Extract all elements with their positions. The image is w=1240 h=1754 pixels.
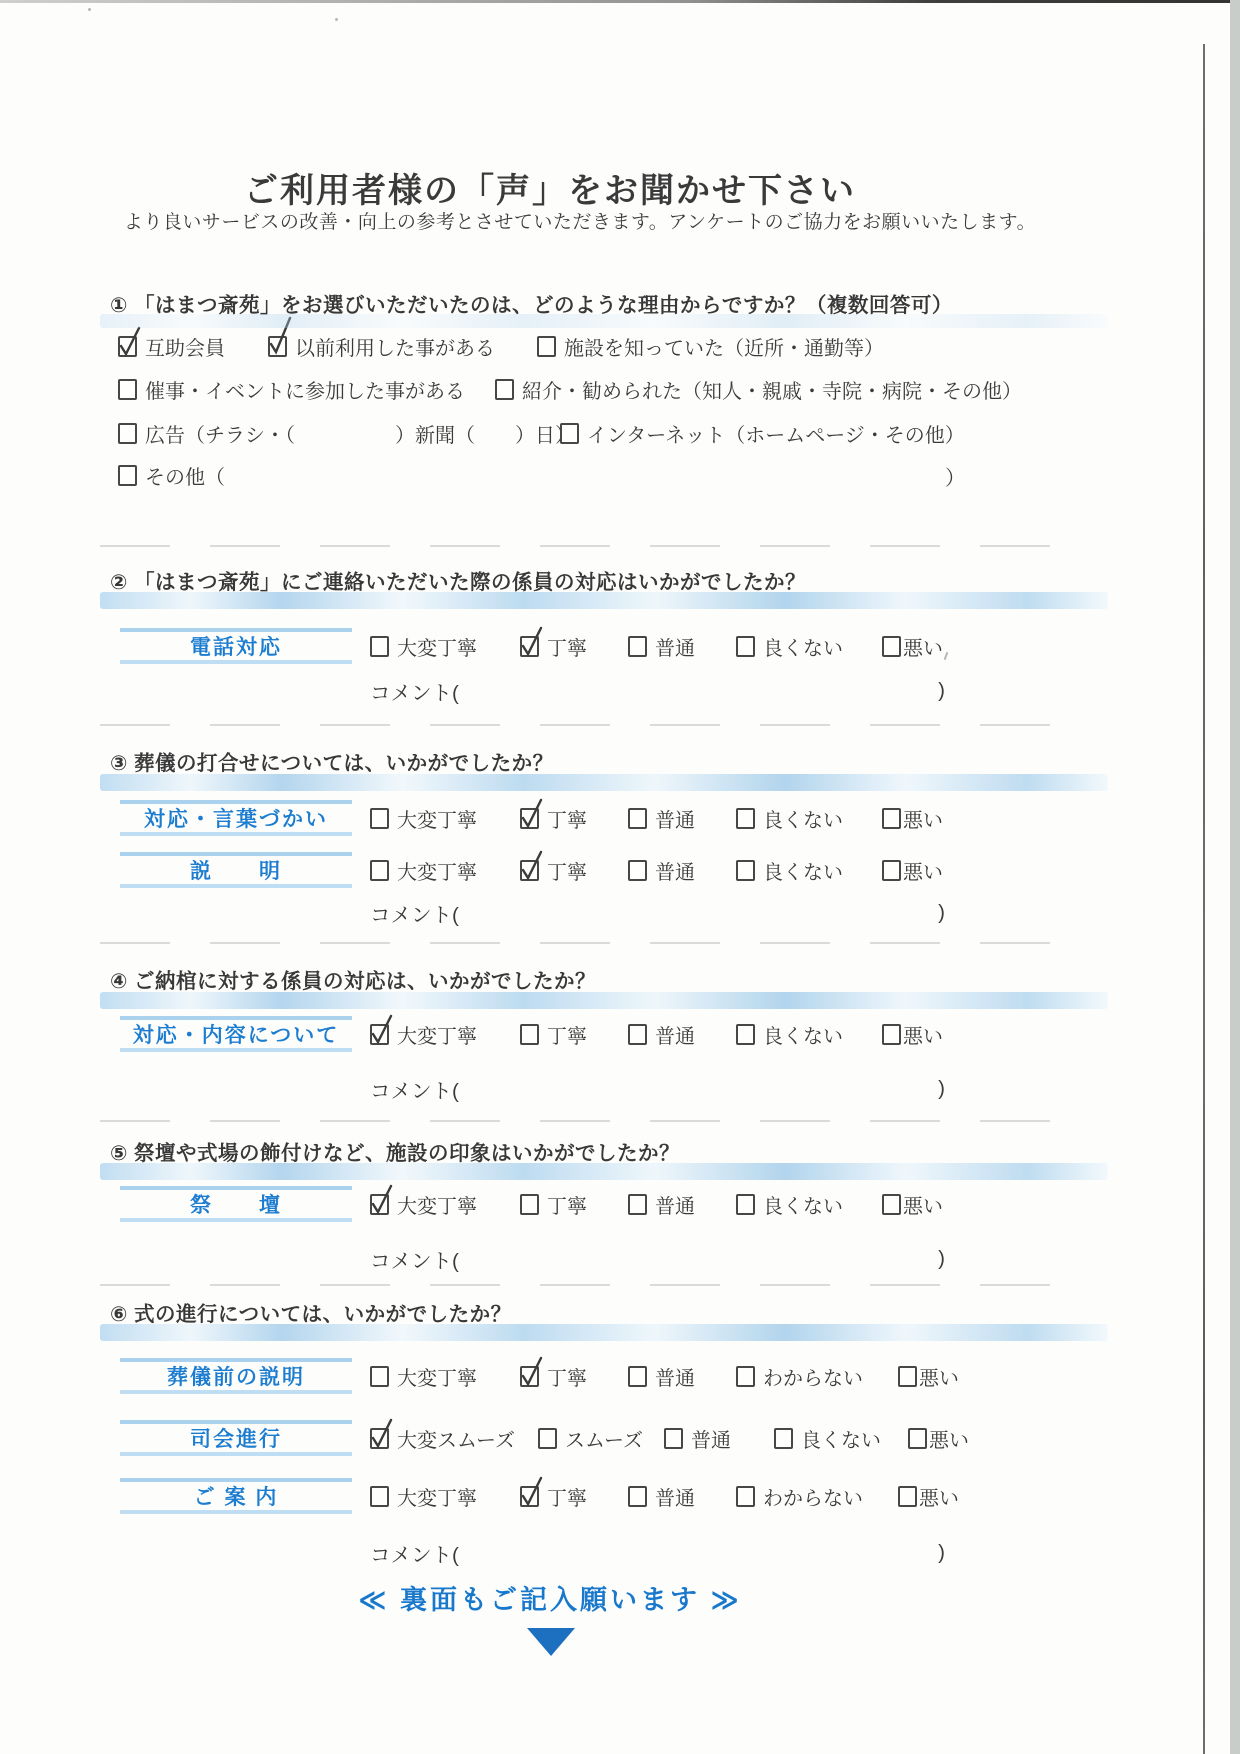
choice-option-label: 催事・イベントに参加した事がある bbox=[145, 375, 465, 404]
rating-option: 大変丁寧 bbox=[370, 1362, 520, 1391]
rating-options: 大変丁寧丁寧普通良くない悪い bbox=[370, 628, 943, 664]
rating-option-label: 悪い bbox=[903, 856, 943, 885]
comment-label: コメント( bbox=[370, 676, 459, 706]
page-title: ご利用者様の「声」をお聞かせ下さい bbox=[100, 163, 1000, 212]
rating-option-label: 大変丁寧 bbox=[397, 632, 477, 661]
rating-option-label: 丁寧 bbox=[547, 1482, 587, 1511]
rating-option-label: 大変丁寧 bbox=[397, 1482, 477, 1511]
rating-options: 大変丁寧丁寧普通良くない悪い bbox=[370, 1016, 943, 1052]
rating-option-label: 大変丁寧 bbox=[397, 804, 477, 833]
rating-option-label: 普通 bbox=[655, 856, 695, 885]
choice-option-label: その他（ bbox=[145, 461, 225, 490]
rating-option-label: 普通 bbox=[655, 632, 695, 661]
comment-label: コメント( bbox=[370, 1074, 459, 1104]
rating-option-label: 大変丁寧 bbox=[397, 1362, 477, 1391]
rating-option-label: 丁寧 bbox=[547, 1362, 587, 1391]
footer-note: ≪ 裏面もご記入願います ≫ bbox=[100, 1578, 1000, 1617]
rating-option: 悪い bbox=[882, 1020, 943, 1049]
option-checkbox[interactable] bbox=[736, 808, 755, 829]
option-checkbox[interactable] bbox=[628, 1194, 647, 1215]
rating-option: 大変丁寧 bbox=[370, 856, 520, 885]
rating-row: 祭 壇大変丁寧丁寧普通良くない悪い bbox=[100, 1186, 1110, 1222]
rating-option: 良くない bbox=[774, 1424, 908, 1453]
rating-option-label: 良くない bbox=[763, 856, 843, 885]
section-separator bbox=[100, 545, 1090, 547]
option-checkbox[interactable] bbox=[538, 1428, 557, 1449]
section-question: ② 「はまつ斎苑」にご連絡いただいた際の係員の対応はいかがでしたか？ bbox=[110, 565, 806, 595]
choice-option: インターネット（ホームページ・その他） bbox=[560, 417, 965, 449]
comment-blank[interactable] bbox=[459, 900, 938, 926]
rating-row-label: 対応・言葉づかい bbox=[120, 800, 352, 836]
rating-options: 大変丁寧丁寧普通わからない悪い bbox=[370, 1478, 959, 1514]
option-checkbox[interactable] bbox=[898, 1486, 917, 1507]
comment-blank[interactable] bbox=[459, 678, 938, 704]
rating-option-label: 良くない bbox=[763, 804, 843, 833]
highlight-band bbox=[100, 774, 1108, 791]
option-checkbox[interactable] bbox=[520, 860, 539, 881]
rating-row: 説 明大変丁寧丁寧普通良くない悪い bbox=[100, 852, 1110, 888]
rating-option-label: 大変丁寧 bbox=[397, 1190, 477, 1219]
option-checkbox[interactable] bbox=[118, 465, 137, 486]
option-checkbox[interactable] bbox=[628, 1366, 647, 1387]
check-mark-icon bbox=[519, 1352, 545, 1392]
rating-option: 良くない bbox=[736, 1020, 882, 1049]
rating-option-label: 大変丁寧 bbox=[397, 1020, 477, 1049]
rating-row-label: 祭 壇 bbox=[120, 1186, 352, 1222]
choice-option-label: 施設を知っていた（近所・通勤等） bbox=[564, 332, 884, 361]
comment-blank[interactable] bbox=[459, 1076, 938, 1102]
option-checkbox[interactable] bbox=[520, 1194, 539, 1215]
rating-option: 悪い bbox=[882, 856, 943, 885]
rating-option-label: 悪い bbox=[903, 804, 943, 833]
rating-option-label: 普通 bbox=[655, 1020, 695, 1049]
section-separator bbox=[100, 724, 1090, 726]
comment-blank[interactable] bbox=[459, 1246, 938, 1272]
rating-option: 丁寧 bbox=[520, 632, 628, 661]
check-mark-icon bbox=[369, 1010, 395, 1050]
option-checkbox[interactable] bbox=[736, 860, 755, 881]
choice-option: 互助会員 bbox=[118, 330, 225, 362]
choice-option: 以前利用した事がある bbox=[268, 330, 495, 362]
rating-row-label: 説 明 bbox=[120, 852, 352, 888]
rating-option: 良くない bbox=[736, 632, 882, 661]
rating-row: 対応・言葉づかい大変丁寧丁寧普通良くない悪い bbox=[100, 800, 1110, 836]
comment-close-paren: ) bbox=[938, 679, 945, 703]
rating-option-label: 丁寧 bbox=[547, 1020, 587, 1049]
comment-blank[interactable] bbox=[459, 1540, 938, 1566]
section-question: ④ ご納棺に対する係員の対応は、いかがでしたか？ bbox=[110, 964, 596, 994]
option-checkbox[interactable] bbox=[628, 860, 647, 881]
rating-options: 大変丁寧丁寧普通良くない悪い bbox=[370, 800, 943, 836]
comment-line: コメント() bbox=[370, 1074, 945, 1104]
comment-label: コメント( bbox=[370, 898, 459, 928]
survey-page: ご利用者様の「声」をお聞かせ下さい より良いサービスの改善・向上の参考とさせてい… bbox=[100, 0, 1110, 1754]
rating-option: 丁寧 bbox=[520, 1190, 628, 1219]
option-checkbox[interactable] bbox=[736, 1024, 755, 1045]
rating-row-label: 電話対応 bbox=[120, 628, 352, 664]
rating-option: 大変丁寧 bbox=[370, 1020, 520, 1049]
comment-line: コメント() bbox=[370, 898, 945, 928]
choice-option-label: インターネット（ホームページ・その他） bbox=[587, 419, 965, 448]
scan-speck bbox=[88, 8, 91, 11]
section-separator bbox=[100, 942, 1090, 944]
option-checkbox[interactable] bbox=[898, 1366, 917, 1387]
option-checkbox[interactable] bbox=[736, 1194, 755, 1215]
option-checkbox[interactable] bbox=[520, 1024, 539, 1045]
check-mark-icon bbox=[519, 846, 545, 886]
comment-line: コメント() bbox=[370, 1538, 945, 1568]
rating-option: 悪い bbox=[882, 1190, 943, 1219]
option-checkbox[interactable] bbox=[370, 1428, 389, 1449]
rating-row-label: 葬儀前の説明 bbox=[120, 1358, 352, 1394]
section-separator bbox=[100, 1120, 1090, 1122]
rating-option: 普通 bbox=[628, 856, 736, 885]
scan-edge-band bbox=[1230, 0, 1240, 1754]
check-mark-icon bbox=[519, 794, 545, 834]
rating-row: 葬儀前の説明大変丁寧丁寧普通わからない悪い bbox=[100, 1358, 1110, 1394]
rating-row: 対応・内容について大変丁寧丁寧普通良くない悪い bbox=[100, 1016, 1110, 1052]
comment-label: コメント( bbox=[370, 1244, 459, 1274]
option-checkbox[interactable] bbox=[736, 636, 755, 657]
rating-option: 悪い bbox=[898, 1362, 959, 1391]
choice-option-label: 広告（チラシ・（ ）新聞（ ）日） bbox=[145, 419, 575, 448]
rating-option-label: 悪い bbox=[903, 1020, 943, 1049]
highlight-band bbox=[100, 992, 1108, 1009]
comment-close-paren: ) bbox=[938, 1247, 945, 1271]
option-checkbox[interactable] bbox=[882, 1194, 901, 1215]
rating-option: 丁寧 bbox=[520, 804, 628, 833]
rating-option: 普通 bbox=[628, 632, 736, 661]
choice-option-label: 紹介・勧められた（知人・親戚・寺院・病院・その他） bbox=[522, 375, 1022, 404]
rating-row: 司会進行大変スムーズスムーズ普通良くない悪い bbox=[100, 1420, 1110, 1456]
option-checkbox[interactable] bbox=[628, 1024, 647, 1045]
rating-row-label: 司会進行 bbox=[120, 1420, 352, 1456]
comment-close-paren: ) bbox=[938, 1077, 945, 1101]
rating-option: わからない bbox=[736, 1362, 898, 1391]
choice-option-label: 以前利用した事がある bbox=[295, 332, 495, 361]
rating-option-label: わからない bbox=[763, 1482, 863, 1511]
rating-option: スムーズ bbox=[538, 1424, 664, 1453]
rating-option: 大変丁寧 bbox=[370, 1482, 520, 1511]
check-mark-icon bbox=[369, 1414, 395, 1454]
rating-option-label: 普通 bbox=[655, 1362, 695, 1391]
option-checkbox[interactable] bbox=[560, 423, 579, 444]
section-separator bbox=[100, 1284, 1090, 1286]
rating-option: 大変スムーズ bbox=[370, 1424, 538, 1453]
rating-option-label: 悪い bbox=[903, 632, 943, 661]
option-checkbox[interactable] bbox=[268, 336, 287, 357]
rating-row: 電話対応大変丁寧丁寧普通良くない悪い bbox=[100, 628, 1110, 664]
rating-options: 大変丁寧丁寧普通良くない悪い bbox=[370, 1186, 943, 1222]
rating-row-label: 対応・内容について bbox=[120, 1016, 352, 1052]
option-checkbox[interactable] bbox=[370, 636, 389, 657]
option-checkbox[interactable] bbox=[118, 336, 137, 357]
option-checkbox[interactable] bbox=[520, 1366, 539, 1387]
choice-option: 催事・イベントに参加した事がある bbox=[118, 373, 465, 405]
rating-option: 良くない bbox=[736, 1190, 882, 1219]
rating-option-label: 丁寧 bbox=[547, 856, 587, 885]
rating-options: 大変丁寧丁寧普通わからない悪い bbox=[370, 1358, 959, 1394]
section-question: ⑥ 式の進行については、いかがでしたか？ bbox=[110, 1297, 512, 1327]
down-arrow-icon bbox=[527, 1628, 575, 1656]
rating-row: ご 案 内大変丁寧丁寧普通わからない悪い bbox=[100, 1478, 1110, 1514]
choice-option: その他（ bbox=[118, 459, 225, 491]
rating-options: 大変スムーズスムーズ普通良くない悪い bbox=[370, 1420, 969, 1456]
option-checkbox[interactable] bbox=[882, 860, 901, 881]
section-question: ③ 葬儀の打合せについては、いかがでしたか？ bbox=[110, 746, 554, 776]
check-mark-icon bbox=[519, 622, 545, 662]
rating-option: 悪い bbox=[908, 1424, 969, 1453]
option-checkbox[interactable] bbox=[628, 1486, 647, 1507]
rating-option-label: 普通 bbox=[655, 1190, 695, 1219]
option-checkbox[interactable] bbox=[882, 808, 901, 829]
option-checkbox[interactable] bbox=[370, 860, 389, 881]
choice-option: 紹介・勧められた（知人・親戚・寺院・病院・その他） bbox=[495, 373, 1022, 405]
rating-option: 普通 bbox=[628, 1190, 736, 1219]
rating-option: 大変丁寧 bbox=[370, 632, 520, 661]
comment-close-paren: ) bbox=[938, 1541, 945, 1565]
option-checkbox[interactable] bbox=[736, 1366, 755, 1387]
rating-option: 良くない bbox=[736, 804, 882, 833]
rating-option-label: 悪い bbox=[919, 1482, 959, 1511]
rating-option-label: 良くない bbox=[763, 1190, 843, 1219]
rating-option-label: スムーズ bbox=[565, 1424, 643, 1453]
option-checkbox[interactable] bbox=[370, 1024, 389, 1045]
rating-option-label: 良くない bbox=[801, 1424, 881, 1453]
rating-option-label: 大変丁寧 bbox=[397, 856, 477, 885]
comment-label: コメント( bbox=[370, 1538, 459, 1568]
rating-option: わからない bbox=[736, 1482, 898, 1511]
rating-option: 悪い bbox=[882, 632, 943, 661]
rating-option: 丁寧 bbox=[520, 1020, 628, 1049]
option-checkbox[interactable] bbox=[495, 379, 514, 400]
option-checkbox[interactable] bbox=[370, 1486, 389, 1507]
rating-option-label: 良くない bbox=[763, 1020, 843, 1049]
check-mark-icon bbox=[369, 1180, 395, 1220]
rating-option-label: 丁寧 bbox=[547, 632, 587, 661]
option-checkbox[interactable] bbox=[520, 636, 539, 657]
other-close-paren: ） bbox=[945, 461, 966, 491]
rating-option: 丁寧 bbox=[520, 1482, 628, 1511]
option-checkbox[interactable] bbox=[118, 379, 137, 400]
rating-row-label: ご 案 内 bbox=[120, 1478, 352, 1514]
rating-option-label: 悪い bbox=[929, 1424, 969, 1453]
comment-close-paren: ) bbox=[938, 901, 945, 925]
option-checkbox[interactable] bbox=[370, 1366, 389, 1387]
choice-option-label: 互助会員 bbox=[145, 332, 225, 361]
section-question: ① 「はまつ斎苑」をお選びいただいたのは、どのような理由からですか？（複数回答可… bbox=[110, 288, 953, 318]
option-checkbox[interactable] bbox=[118, 423, 137, 444]
option-checkbox[interactable] bbox=[370, 808, 389, 829]
option-checkbox[interactable] bbox=[520, 1486, 539, 1507]
rating-option-label: 大変スムーズ bbox=[397, 1424, 515, 1453]
option-checkbox[interactable] bbox=[736, 1486, 755, 1507]
choice-option: 施設を知っていた（近所・通勤等） bbox=[537, 330, 884, 362]
section-question: ⑤ 祭壇や式場の飾付けなど、施設の印象はいかがでしたか？ bbox=[110, 1136, 680, 1166]
rating-option: 良くない bbox=[736, 856, 882, 885]
option-checkbox[interactable] bbox=[774, 1428, 793, 1449]
rating-option-label: 普通 bbox=[655, 1482, 695, 1511]
rating-option: 大変丁寧 bbox=[370, 804, 520, 833]
check-mark-icon bbox=[519, 1472, 545, 1512]
rating-option-label: 悪い bbox=[919, 1362, 959, 1391]
option-checkbox[interactable] bbox=[628, 636, 647, 657]
option-checkbox[interactable] bbox=[882, 636, 901, 657]
page-subtitle: より良いサービスの改善・向上の参考とさせていただきます。アンケートのご協力をお願… bbox=[100, 207, 1060, 234]
option-checkbox[interactable] bbox=[628, 808, 647, 829]
rating-option-label: わからない bbox=[763, 1362, 863, 1391]
rating-option-label: 丁寧 bbox=[547, 804, 587, 833]
option-checkbox[interactable] bbox=[370, 1194, 389, 1215]
rating-option: 普通 bbox=[628, 804, 736, 833]
option-checkbox[interactable] bbox=[520, 808, 539, 829]
rating-option: 普通 bbox=[664, 1424, 774, 1453]
rating-option: 普通 bbox=[628, 1362, 736, 1391]
rating-option: 大変丁寧 bbox=[370, 1190, 520, 1219]
choice-option: 広告（チラシ・（ ）新聞（ ）日） bbox=[118, 417, 575, 449]
option-checkbox[interactable] bbox=[908, 1428, 927, 1449]
option-checkbox[interactable] bbox=[882, 1024, 901, 1045]
rating-option: 普通 bbox=[628, 1020, 736, 1049]
rating-option-label: 普通 bbox=[655, 804, 695, 833]
rating-option: 丁寧 bbox=[520, 1362, 628, 1391]
rating-option: 悪い bbox=[898, 1482, 959, 1511]
option-checkbox[interactable] bbox=[664, 1428, 683, 1449]
rating-option-label: 普通 bbox=[691, 1424, 731, 1453]
comment-line: コメント() bbox=[370, 1244, 945, 1274]
scan-edge-line bbox=[1203, 44, 1205, 1754]
rating-option: 悪い bbox=[882, 804, 943, 833]
rating-option-label: 悪い bbox=[903, 1190, 943, 1219]
rating-option: 丁寧 bbox=[520, 856, 628, 885]
rating-option-label: 良くない bbox=[763, 632, 843, 661]
comment-line: コメント() bbox=[370, 676, 945, 706]
rating-option-label: 丁寧 bbox=[547, 1190, 587, 1219]
rating-option: 普通 bbox=[628, 1482, 736, 1511]
rating-options: 大変丁寧丁寧普通良くない悪い bbox=[370, 852, 943, 888]
option-checkbox[interactable] bbox=[537, 336, 556, 357]
